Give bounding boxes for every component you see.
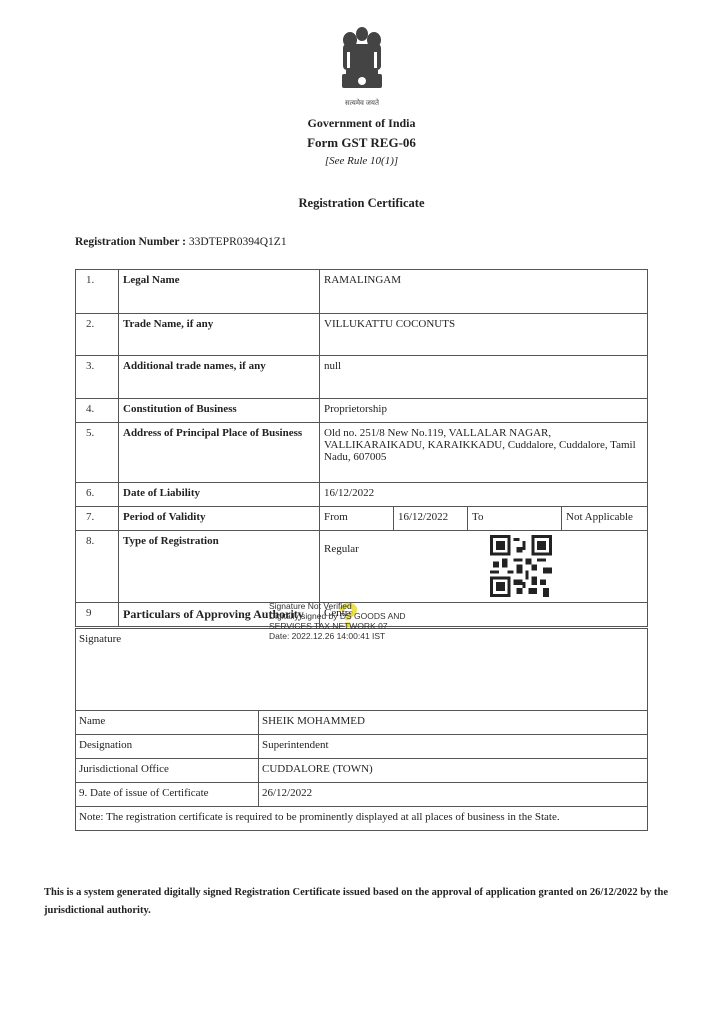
table-row: 4. Constitution of Business Proprietorsh…	[76, 399, 648, 423]
validity-from-date: 16/12/2022	[394, 507, 468, 531]
qr-code-icon	[490, 535, 552, 600]
row-number: 7.	[76, 507, 119, 531]
table-row: 6. Date of Liability 16/12/2022	[76, 483, 648, 507]
form-title: Form GST REG-06	[0, 135, 723, 151]
row-label: Trade Name, if any	[119, 314, 320, 356]
row-number: 9	[76, 603, 119, 627]
name-label: Name	[76, 711, 259, 735]
registration-number-value: 33DTEPR0394Q1Z1	[189, 236, 287, 248]
row-value: Old no. 251/8 New No.119, VALLALAR NAGAR…	[320, 423, 648, 483]
row-value: VILLUKATTU COCONUTS	[320, 314, 648, 356]
row-number: 6.	[76, 483, 119, 507]
government-title: Government of India	[0, 116, 723, 131]
row-label: Legal Name	[119, 270, 320, 314]
digital-signature-stamp[interactable]: Signature Not Verified Digitally signed …	[269, 601, 406, 641]
row-label: Date of Liability	[119, 483, 320, 507]
note-row: Note: The registration certificate is re…	[76, 807, 648, 831]
row-label: Constitution of Business	[119, 399, 320, 423]
signature-date: Date: 2022.12.26 14:00:41 IST	[269, 631, 406, 641]
note-text: Note: The registration certificate is re…	[76, 807, 648, 831]
issue-date-value: 26/12/2022	[259, 783, 648, 807]
row-value-cell: Regular	[320, 531, 648, 603]
registration-number-label: Registration Number :	[75, 236, 186, 248]
name-value: SHEIK MOHAMMED	[259, 711, 648, 735]
row-value: RAMALINGAM	[320, 270, 648, 314]
registration-type: Regular	[324, 543, 359, 555]
table-row: 1. Legal Name RAMALINGAM	[76, 270, 648, 314]
row-label: Period of Validity	[119, 507, 320, 531]
row-number: 3.	[76, 356, 119, 399]
row-number: 5.	[76, 423, 119, 483]
validity-to-date: Not Applicable	[562, 507, 648, 531]
row-label: Address of Principal Place of Business	[119, 423, 320, 483]
table-row: 9. Date of issue of Certificate 26/12/20…	[76, 783, 648, 807]
rule-reference: [See Rule 10(1)]	[0, 155, 723, 167]
designation-label: Designation	[76, 735, 259, 759]
row-label: Additional trade names, if any	[119, 356, 320, 399]
table-row: Designation Superintendent	[76, 735, 648, 759]
table-row: Name SHEIK MOHAMMED	[76, 711, 648, 735]
row-number: 2.	[76, 314, 119, 356]
validity-to-label: To	[468, 507, 562, 531]
row-value: null	[320, 356, 648, 399]
designation-value: Superintendent	[259, 735, 648, 759]
table-row: 2. Trade Name, if any VILLUKATTU COCONUT…	[76, 314, 648, 356]
validity-from-label: From	[320, 507, 394, 531]
authority-table: Signature Name SHEIK MOHAMMED Designatio…	[75, 628, 648, 831]
row-number: 4.	[76, 399, 119, 423]
issue-date-label: 9. Date of issue of Certificate	[76, 783, 259, 807]
table-row: 5. Address of Principal Place of Busines…	[76, 423, 648, 483]
row-value: Proprietorship	[320, 399, 648, 423]
signature-signer-1: Digitally signed by DS GOODS AND	[269, 611, 406, 621]
footer-disclaimer: This is a system generated digitally sig…	[44, 884, 684, 920]
row-value: 16/12/2022	[320, 483, 648, 507]
row-number: 8.	[76, 531, 119, 603]
signature-status: Signature Not Verified	[269, 601, 406, 611]
certificate-table: 1. Legal Name RAMALINGAM 2. Trade Name, …	[75, 269, 648, 627]
office-label: Jurisdictional Office	[76, 759, 259, 783]
signature-signer-2: SERVICES TAX NETWORK 07	[269, 621, 406, 631]
table-row: 3. Additional trade names, if any null	[76, 356, 648, 399]
certificate-title: Registration Certificate	[0, 196, 723, 211]
office-value: CUDDALORE (TOWN)	[259, 759, 648, 783]
table-row: Jurisdictional Office CUDDALORE (TOWN)	[76, 759, 648, 783]
national-emblem-icon: सत्यमेव जयते	[333, 22, 391, 104]
table-row: 7. Period of Validity From 16/12/2022 To…	[76, 507, 648, 531]
table-row: 8. Type of Registration Regular	[76, 531, 648, 603]
row-label: Type of Registration	[119, 531, 320, 603]
registration-number: Registration Number : 33DTEPR0394Q1Z1	[75, 236, 287, 248]
row-number: 1.	[76, 270, 119, 314]
